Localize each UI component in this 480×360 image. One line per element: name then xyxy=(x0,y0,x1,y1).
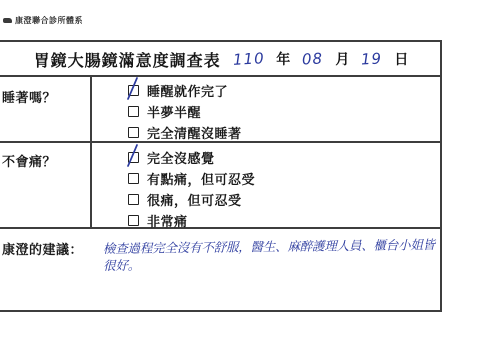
option-label: 睡醒就作完了 xyxy=(147,81,228,100)
form-title-row: 胃鏡大腸鏡滿意度調查表 110 年 08 月 19 日 xyxy=(0,45,442,73)
clinic-branding: 康澄聯合診所體系 xyxy=(3,15,83,26)
question-2-options: 完全沒感覺 有點痛，但可忍受 很痛，但可忍受 非常痛 xyxy=(128,147,255,231)
option-label: 半夢半醒 xyxy=(147,102,201,121)
option-label: 完全沒感覺 xyxy=(147,148,215,167)
option-row[interactable]: 睡醒就作完了 xyxy=(128,80,242,101)
option-label: 很痛，但可忍受 xyxy=(147,190,242,209)
checkbox[interactable] xyxy=(128,85,139,96)
option-row[interactable]: 非常痛 xyxy=(128,210,255,231)
date-month-value: 08 xyxy=(302,49,324,68)
checkbox[interactable] xyxy=(128,194,139,205)
checkbox[interactable] xyxy=(128,106,139,117)
table-border-bottom xyxy=(0,310,442,312)
question-1-options: 睡醒就作完了 半夢半醒 完全清醒沒睡著 xyxy=(128,80,242,143)
date-day-value: 19 xyxy=(361,49,383,68)
checkbox[interactable] xyxy=(128,215,139,226)
table-column-divider xyxy=(90,75,92,227)
table-border-top xyxy=(0,40,442,42)
option-row[interactable]: 完全沒感覺 xyxy=(128,147,255,168)
suggestion-handwriting: 檢查過程完全沒有不舒服，醫生、麻醉護理人員、櫃台小姐皆很好。 xyxy=(103,236,438,274)
checkbox[interactable] xyxy=(128,152,139,163)
clinic-logo-icon xyxy=(3,18,12,23)
option-label: 完全清醒沒睡著 xyxy=(147,123,242,142)
question-2-label: 不會痛？ xyxy=(2,151,56,170)
option-label: 非常痛 xyxy=(147,211,188,230)
option-row[interactable]: 完全清醒沒睡著 xyxy=(128,122,242,143)
scanned-survey-form: 康澄聯合診所體系 胃鏡大腸鏡滿意度調查表 110 年 08 月 19 日 睡著嗎… xyxy=(0,0,480,360)
suggestion-label: 康澄的建議： xyxy=(2,239,83,258)
date-month-unit: 月 xyxy=(335,49,349,69)
option-row[interactable]: 很痛，但可忍受 xyxy=(128,189,255,210)
form-title: 胃鏡大腸鏡滿意度調查表 xyxy=(34,48,221,71)
option-label: 有點痛，但可忍受 xyxy=(147,169,255,188)
date-year-value: 110 xyxy=(232,49,265,69)
date-day-unit: 日 xyxy=(394,49,408,69)
question-1-label: 睡著嗎？ xyxy=(2,87,56,106)
option-row[interactable]: 半夢半醒 xyxy=(128,101,242,122)
checkbox[interactable] xyxy=(128,127,139,138)
table-border-under-title xyxy=(0,75,442,77)
option-row[interactable]: 有點痛，但可忍受 xyxy=(128,168,255,189)
date-year-unit: 年 xyxy=(276,49,290,69)
checkbox[interactable] xyxy=(128,173,139,184)
clinic-name: 康澄聯合診所體系 xyxy=(15,15,83,26)
table-border-right xyxy=(440,40,442,312)
